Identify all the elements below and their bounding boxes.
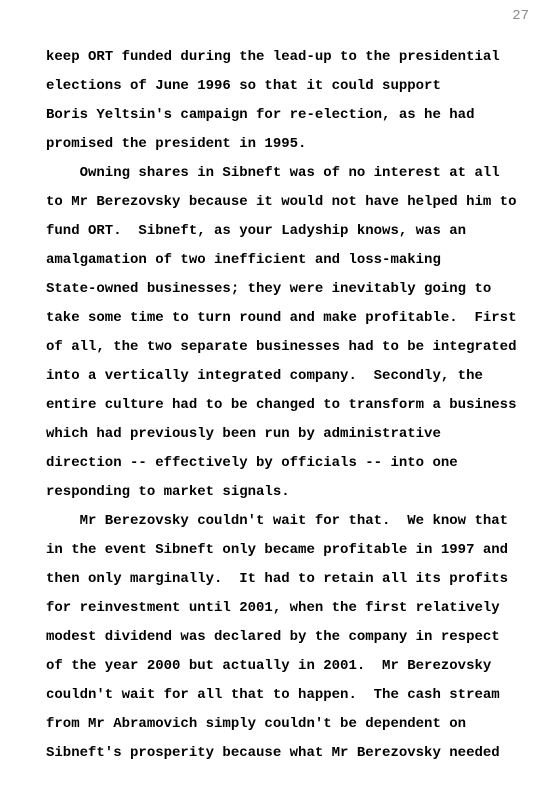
text-line: fund ORT. Sibneft, as your Ladyship know… bbox=[46, 217, 546, 246]
text-line: entire culture had to be changed to tran… bbox=[46, 391, 546, 420]
text-line: Owning shares in Sibneft was of no inter… bbox=[46, 159, 546, 188]
text-line: elections of June 1996 so that it could … bbox=[46, 72, 546, 101]
text-line: State-owned businesses; they were inevit… bbox=[46, 275, 546, 304]
text-line: of the year 2000 but actually in 2001. M… bbox=[46, 652, 546, 681]
text-line: then only marginally. It had to retain a… bbox=[46, 565, 546, 594]
text-line: keep ORT funded during the lead-up to th… bbox=[46, 43, 546, 72]
text-line: for reinvestment until 2001, when the fi… bbox=[46, 594, 546, 623]
text-line: Boris Yeltsin's campaign for re-election… bbox=[46, 101, 546, 130]
text-line: from Mr Abramovich simply couldn't be de… bbox=[46, 710, 546, 739]
text-line: responding to market signals. bbox=[46, 478, 546, 507]
text-line: Mr Berezovsky couldn't wait for that. We… bbox=[46, 507, 546, 536]
text-line: promised the president in 1995. bbox=[46, 130, 546, 159]
text-line: in the event Sibneft only became profita… bbox=[46, 536, 546, 565]
text-line: couldn't wait for all that to happen. Th… bbox=[46, 681, 546, 710]
text-line: to Mr Berezovsky because it would not ha… bbox=[46, 188, 546, 217]
text-line: direction -- effectively by officials --… bbox=[46, 449, 546, 478]
text-line: modest dividend was declared by the comp… bbox=[46, 623, 546, 652]
text-line: Sibneft's prosperity because what Mr Ber… bbox=[46, 739, 546, 768]
text-line: of all, the two separate businesses had … bbox=[46, 333, 546, 362]
text-line: take some time to turn round and make pr… bbox=[46, 304, 546, 333]
text-line: amalgamation of two inefficient and loss… bbox=[46, 246, 546, 275]
page-number: 27 bbox=[512, 8, 529, 24]
text-line: which had previously been run by adminis… bbox=[46, 420, 546, 449]
document-page: 27 keep ORT funded during the lead-up to… bbox=[0, 0, 558, 789]
transcript-text-block: keep ORT funded during the lead-up to th… bbox=[46, 43, 546, 768]
text-line: into a vertically integrated company. Se… bbox=[46, 362, 546, 391]
